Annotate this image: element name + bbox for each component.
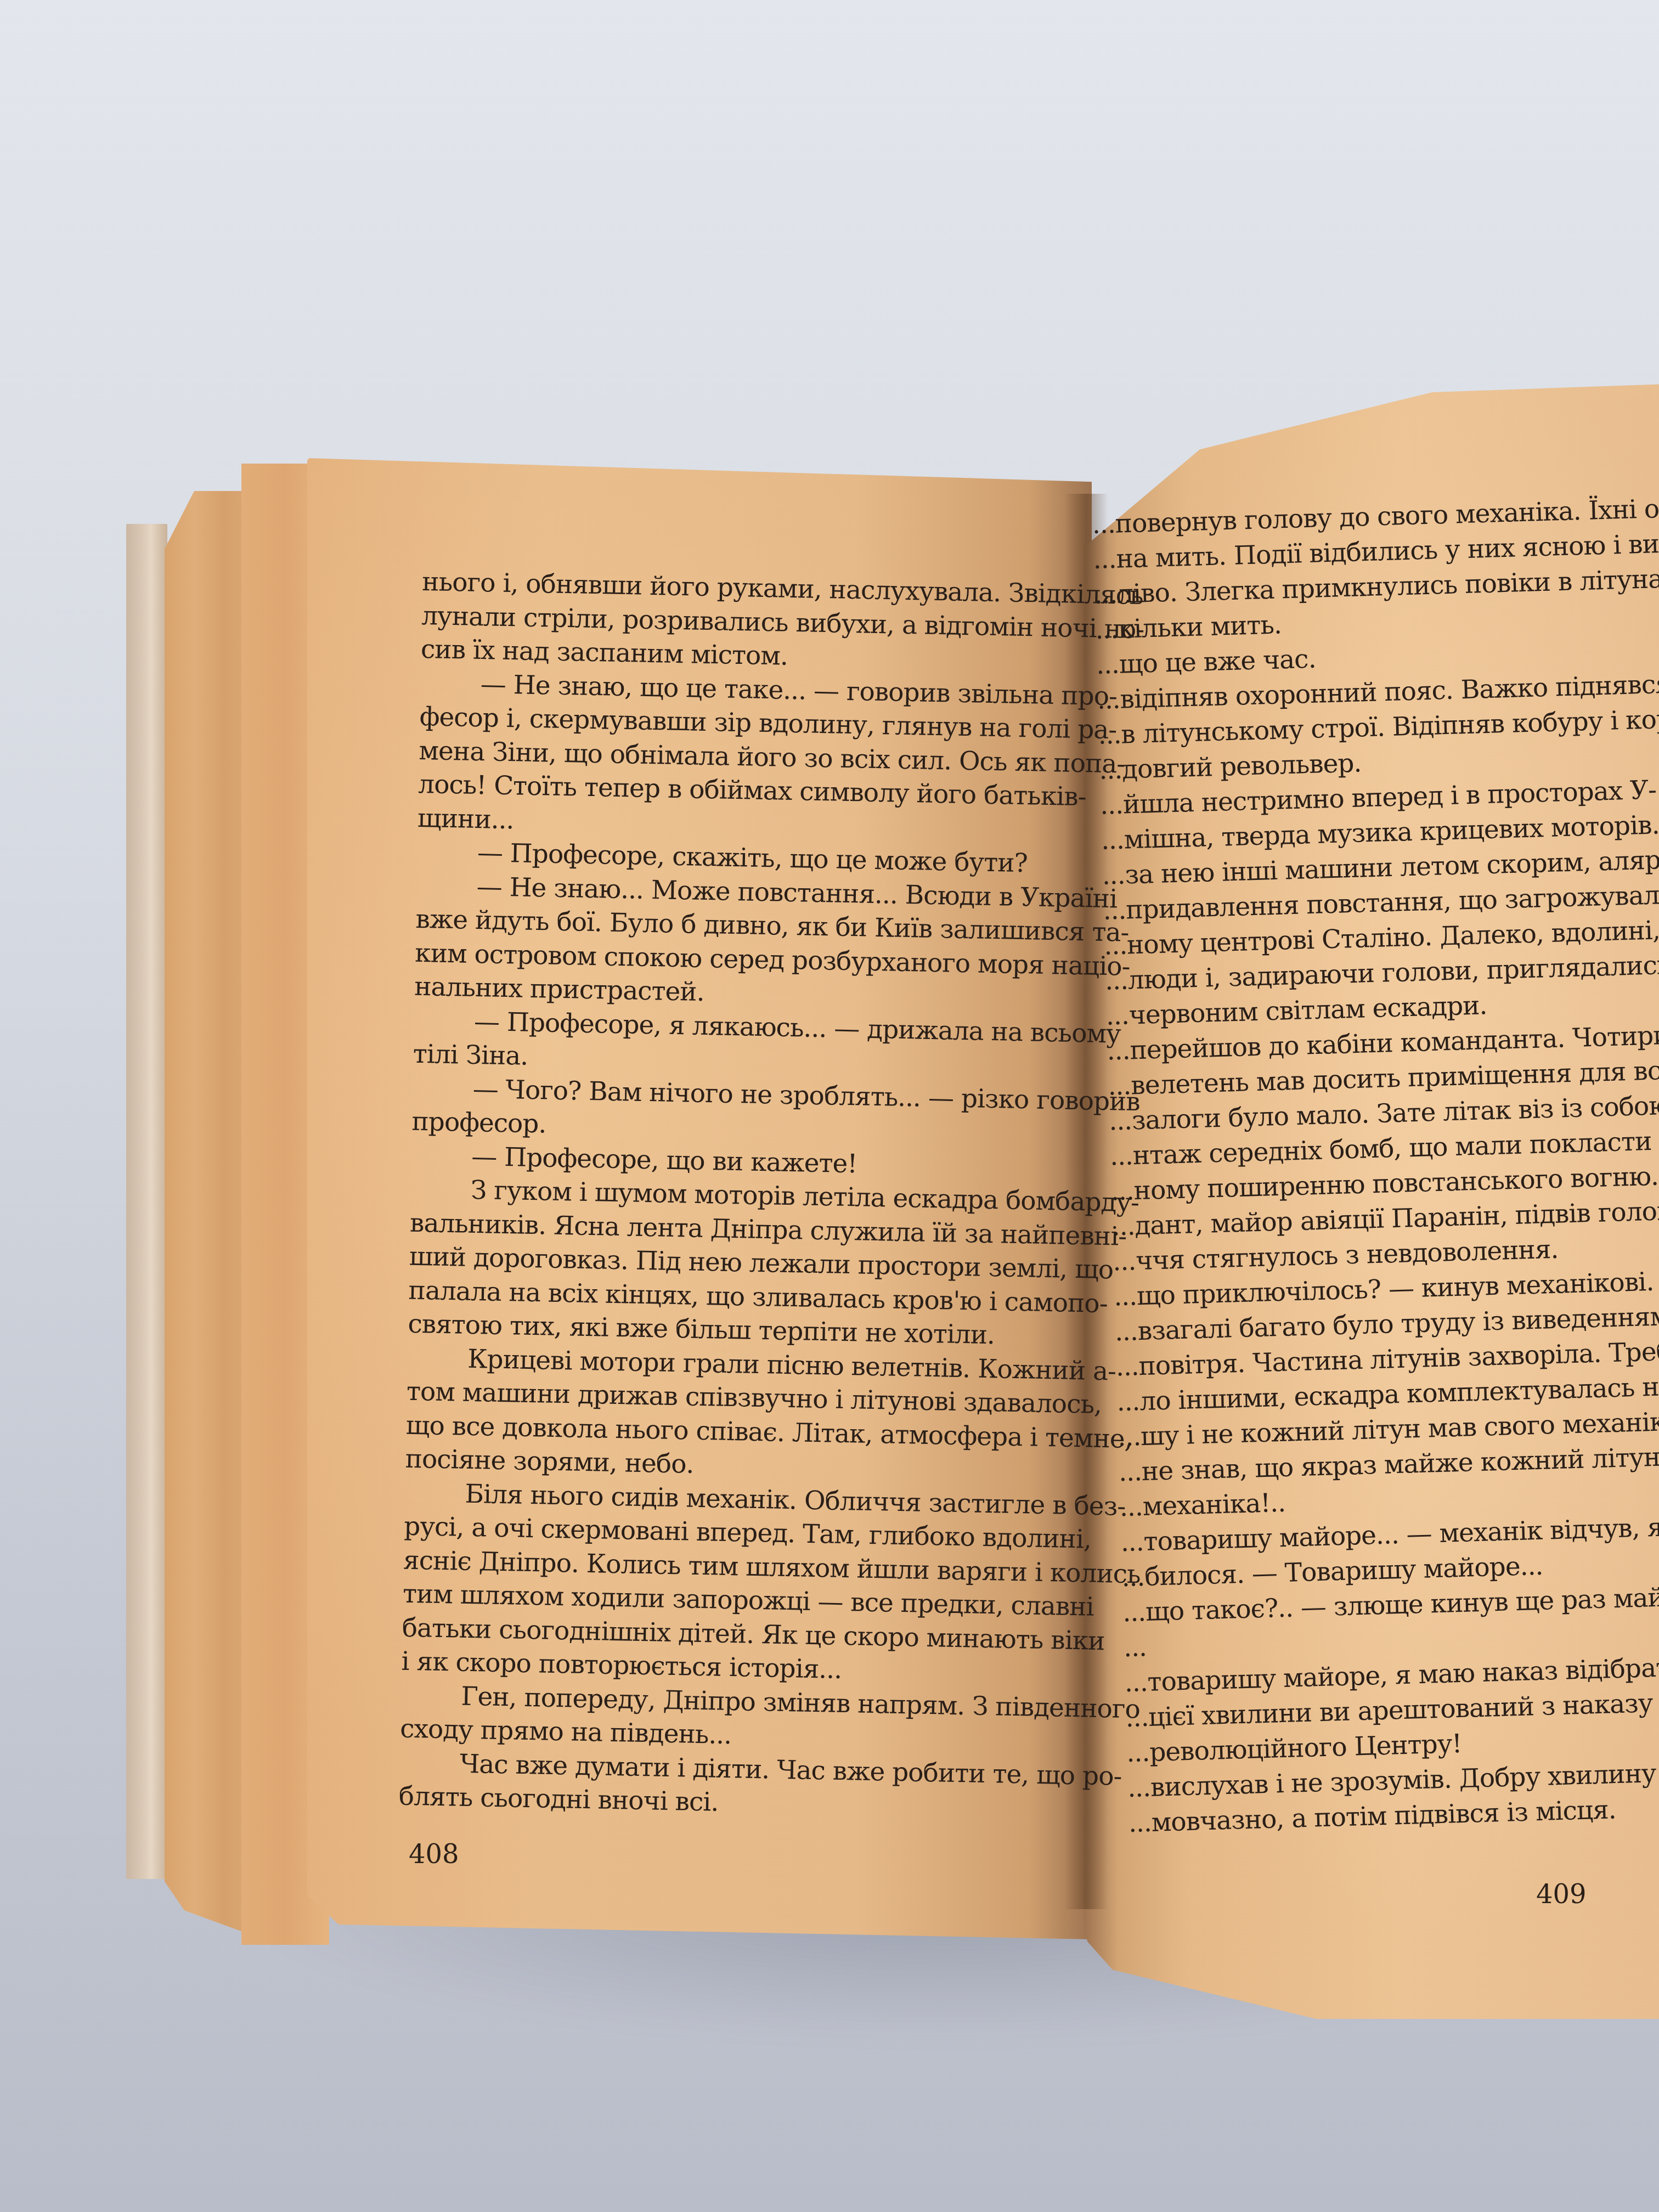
- photo-scene: нього і, обнявши його руками, наслухувал…: [0, 0, 1659, 2212]
- book-cover-edge: [126, 524, 167, 1879]
- page-number-left: 408: [409, 1839, 459, 1870]
- right-page-text: ...повернув голову до свого механіка. Їх…: [1092, 492, 1659, 1841]
- page-number-right: 409: [1536, 1879, 1587, 1910]
- left-page-text: нього і, обнявши його руками, наслухувал…: [398, 565, 1080, 1826]
